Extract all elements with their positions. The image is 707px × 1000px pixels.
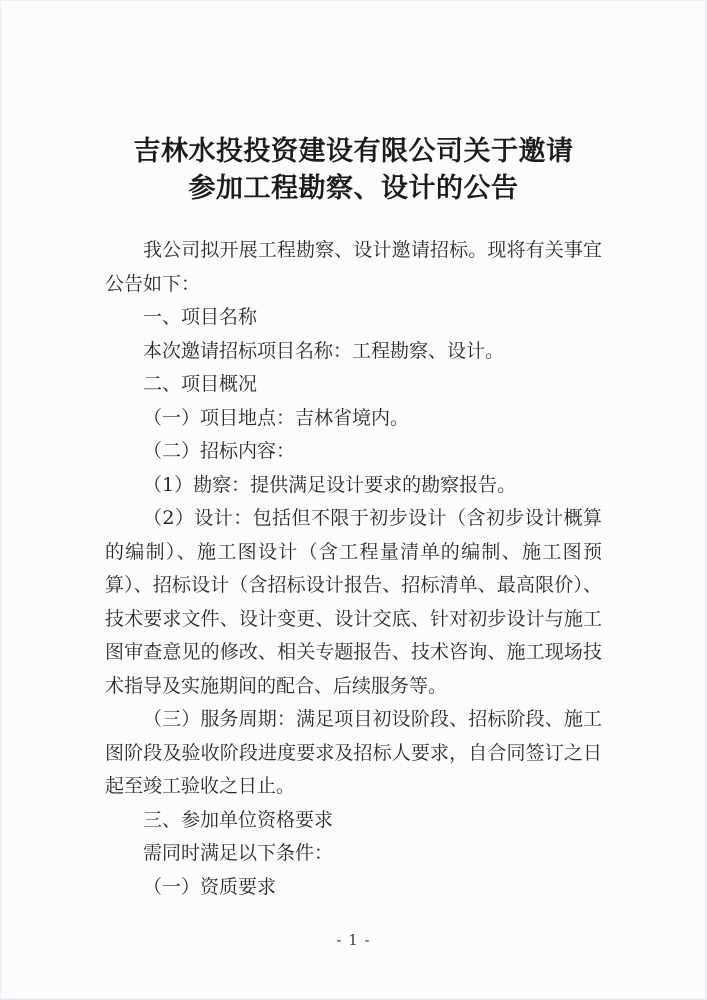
document-page: 吉林水投投资建设有限公司关于邀请 参加工程勘察、设计的公告 我公司拟开展工程勘察… bbox=[0, 0, 707, 1000]
page-number: - 1 - bbox=[0, 931, 707, 949]
paragraph-bid-content-heading: （二）招标内容： bbox=[105, 435, 602, 469]
paragraph-qualification-heading: （一）资质要求 bbox=[105, 871, 602, 905]
document-title-line-1: 吉林水投投资建设有限公司关于邀请 bbox=[105, 133, 602, 170]
document-content: 吉林水投投资建设有限公司关于邀请 参加工程勘察、设计的公告 我公司拟开展工程勘察… bbox=[105, 133, 602, 904]
heading-section-2: 二、项目概况 bbox=[105, 368, 602, 402]
paragraph-project-location: （一）项目地点：吉林省境内。 bbox=[105, 402, 602, 436]
document-title-line-2: 参加工程勘察、设计的公告 bbox=[105, 170, 602, 207]
paragraph-conditions-intro: 需同时满足以下条件： bbox=[105, 837, 602, 871]
document-body: 我公司拟开展工程勘察、设计邀请招标。现将有关事宜公告如下： 一、项目名称 本次邀… bbox=[105, 234, 602, 904]
document-title: 吉林水投投资建设有限公司关于邀请 参加工程勘察、设计的公告 bbox=[105, 133, 602, 207]
paragraph-survey-item: （1）勘察：提供满足设计要求的勘察报告。 bbox=[105, 469, 602, 503]
paragraph-service-period: （三）服务周期：满足项目初设阶段、招标阶段、施工图阶段及验收阶段进度要求及招标人… bbox=[105, 703, 602, 804]
heading-section-3: 三、参加单位资格要求 bbox=[105, 804, 602, 838]
paragraph-intro: 我公司拟开展工程勘察、设计邀请招标。现将有关事宜公告如下： bbox=[105, 234, 602, 301]
paragraph-design-item: （2）设计：包括但不限于初步设计（含初步设计概算的编制）、施工图设计（含工程量清… bbox=[105, 502, 602, 703]
heading-section-1: 一、项目名称 bbox=[105, 301, 602, 335]
paragraph-project-name: 本次邀请招标项目名称：工程勘察、设计。 bbox=[105, 335, 602, 369]
